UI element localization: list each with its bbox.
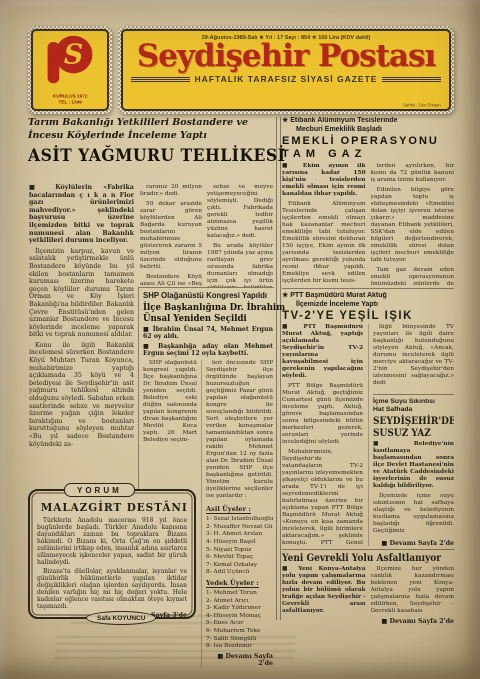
masthead: 29-Ağustos-1989-Salı ★ Yıl : 17 Sayı : 8… <box>118 26 454 114</box>
list-item: 7- Kemal Özkalay <box>206 562 273 570</box>
shp-headline-line1: İlçe Başkanlığına Dr. İbrahim <box>143 302 260 313</box>
asit-lead: ■ Köylülerin «Fabrika bacalarından ç ı k… <box>29 184 134 245</box>
list-item: 2- Muzaffer Nevzat Güneş <box>206 524 273 532</box>
rule-line <box>131 77 190 82</box>
list-item: 4- Hüseyin Momaç <box>206 613 273 621</box>
section-rule <box>282 288 454 289</box>
yorum-paragraph: Bizans'ta düellolar, ayaklanmalar, isyan… <box>37 568 187 610</box>
asit-headline: ASİT YAĞMURU TEHLİKESİ <box>28 146 254 166</box>
susuz-article: İçme Suyu Sıkıntısı Hat Safhada SEYDİŞEH… <box>373 394 454 546</box>
shp-paragraph: SHP olağanüstü kongresi yapıldı. İlçe ba… <box>143 360 197 444</box>
list-item: 3- Kadir Yıldırımer <box>206 605 273 613</box>
yorum-body: Türklerin Anadolu macerası 918 yıl önce … <box>37 517 187 610</box>
tv2-article: ★ PTT Başmüdürü Murat Aktuğ İlçemizde İn… <box>282 292 454 546</box>
asit-article: Tarım Bakanlığı Yetkilileri Bostandere v… <box>28 117 274 166</box>
tv2-column-1: ■ PTT Başmüdürü Murat Aktuğ, yaptığı açı… <box>282 324 363 546</box>
asit-kicker-line2: İncesu Köylerinde İnceleme Yaptı <box>28 130 274 143</box>
newspaper-title: Seydişehir Postası <box>123 41 449 71</box>
tv2-column-2: lüğü bünyesinde TV yayınları ile ilgili … <box>368 324 454 546</box>
tagline: HAFTALIK TARAFSIZ SİYASİ GAZETE <box>195 74 378 84</box>
tv2-kicker-line1: ★ PTT Başmüdürü Murat Aktuğ <box>282 292 387 299</box>
emekli-paragraph: lerden ayrılırken, bir kısmı da 72 günlü… <box>371 163 455 184</box>
shp-kicker: SHP Olağanüstü Kongresi Yapıldı <box>143 291 273 300</box>
shp-bullet: ■ İbrahim Ünsal 74, Mehmet Ergun 62 oy a… <box>143 326 273 341</box>
column-divider-rule <box>276 117 281 620</box>
gevrekli-lead: ■ Yeni Konya-Antalya yolu yapım çalışmal… <box>282 566 366 615</box>
asit-column-2: rarımız 20 milyon liradır.» dedi. 50 dek… <box>140 184 202 287</box>
continued-notice: ■ Devamı Sayfa 2'de <box>373 540 454 546</box>
right-page-region: ★ Etibank Alüminyum Tesislerinde Mecburi… <box>282 117 454 625</box>
founding-info: KURULUŞ 1972 TEL : 1349 <box>53 94 88 106</box>
asit-paragraph: sebze ve meyve yetişemeyeceğini söylemiş… <box>207 184 273 240</box>
shp-headline-line2: Ünsal Yeniden Seçildi <box>143 313 260 324</box>
emekli-column-1: ■ Ekim ayının ilk yarısına kadar 150 kiş… <box>282 163 366 285</box>
continued-notice: ■ Devamı Sayfa 2'de <box>371 618 455 625</box>
owner-credit: Sahibi : Zeki Erkaan <box>403 104 441 108</box>
susuz-headline-line1: SEYDİŞEHİR'DE <box>373 416 446 428</box>
emekli-paragraph: Tam gaz devam eden emekli operasyonunun … <box>371 267 455 285</box>
asit-column-3: sebze ve meyve yetişemeyeceğini söylemiş… <box>207 184 273 287</box>
continued-notice: ■ Devamı Sayfa 2'de <box>206 653 273 667</box>
susuz-kicker-line2: Hat Safhada <box>373 406 454 414</box>
list-item: 1- Sezai İstanbulluoğlu <box>206 516 273 524</box>
asit-paragraph: Bostandere Köyü azası Ali Çil ise «Beş s… <box>140 274 202 287</box>
emekli-kicker-line1: ★ Etibank Alüminyum Tesislerinde <box>282 117 398 124</box>
author-signature-stamp: Safa KOYUNCU <box>86 611 156 625</box>
emekli-headline-line2: TAM GAZ <box>282 148 454 161</box>
list-item: 6- Muharrem Teke <box>206 628 273 636</box>
emekli-kicker: ★ Etibank Alüminyum Tesislerinde Mecburi… <box>282 117 454 134</box>
list-item: 5- Niyazi Topuz <box>206 547 273 555</box>
yorum-paragraph: Türklerin Anadolu macerası 918 yıl önce … <box>37 517 187 566</box>
list-item: 8- İsa Bozdemir <box>206 643 273 651</box>
newspaper-front-page: S KURULUŞ 1972 TEL : 1349 29-Ağustos-198… <box>0 0 480 679</box>
yedek-members-title: Yedek Üyeler : <box>206 580 259 588</box>
shp-paragraph: leri öncesinde SHP Seydişehir ilçe örgüt… <box>206 360 273 500</box>
list-item: 2- Ahmet Arıcı <box>206 598 273 606</box>
yorum-opinion-box: YORUM MALAZGİRT DESTÂNI Türklerin Anadol… <box>28 489 196 619</box>
susuz-kicker: İçme Suyu Sıkıntısı Hat Safhada <box>373 398 454 414</box>
emekli-paragraph: Edinilen bilgiye göre yapılan toplu iş s… <box>371 187 455 264</box>
gevrekli-paragraph: İlçemize her yönden canlılık kazandırmas… <box>371 566 455 615</box>
tv2-headline: TV-2'YE YEŞİL IŞIK <box>282 310 454 322</box>
list-item: 3- H. Ahmet Arslan <box>206 531 273 539</box>
list-item: 7- Salih Sümgülü <box>206 636 273 644</box>
gevrekli-column-1: ■ Yeni Konya-Antalya yolu yapım çalışmal… <box>282 566 366 625</box>
asit-paragraph: rarımız 20 milyon liradır.» dedi. <box>140 184 202 198</box>
tv2-paragraph: PTT Bölge Başmüdürü Murat Aktuğ, geçtiği… <box>282 383 363 446</box>
tv2-lead: ■ PTT Başmüdürü Murat Aktuğ, yaptığı açı… <box>282 324 363 380</box>
yorum-headline: MALAZGİRT DESTÂNI <box>41 501 184 514</box>
emekli-headline: EMEKLİ OPERASYONU TAM GAZ <box>282 135 454 161</box>
list-item: 8- Adil Üçüncü <box>206 569 273 577</box>
emekli-paragraph: Etibank Alüminyum Tesislerinde çalışan i… <box>282 201 366 285</box>
tv2-kicker-line2: İlçemizde İnceleme Yaptı <box>282 301 454 310</box>
emekli-kicker-line2: Mecburi Emeklilik Başladı <box>282 126 454 135</box>
yorum-tab-label: YORUM <box>64 483 135 497</box>
sp-monogram-icon: S <box>43 33 97 89</box>
shp-bullet: ■ Başkanlığa aday olan Mehmet Ergun seçi… <box>143 343 273 358</box>
tv2-paragraph: Muhabirimizin, Seydişehir'de vatandaşlar… <box>282 449 363 546</box>
list-item: 1- Mehmet Torun <box>206 590 273 598</box>
list-item: 6- Mevlüt Topaç <box>206 554 273 562</box>
rule-line <box>382 77 441 82</box>
asit-paragraph: 50 dekar arazide zarar gören köylülerden… <box>140 201 202 271</box>
tv2-paragraph: lüğü bünyesinde TV yayınları ile ilgili … <box>373 324 454 387</box>
masthead-logo-box: S KURULUŞ 1972 TEL : 1349 <box>28 26 112 114</box>
list-item: 5- Enes Acur <box>206 620 273 628</box>
yedek-members-list: 1- Mehmet Torun 2- Ahmet Arıcı 3- Kadir … <box>206 590 273 651</box>
tagline-band: HAFTALIK TARAFSIZ SİYASİ GAZETE <box>131 74 441 84</box>
asil-members-list: 1- Sezai İstanbulluoğlu 2- Muzaffer Nevz… <box>206 516 273 577</box>
left-page-region: Tarım Bakanlığı Yetkilileri Bostandere v… <box>28 117 274 625</box>
susuz-kicker-line1: İçme Suyu Sıkıntısı <box>373 398 454 406</box>
shp-headline: İlçe Başkanlığına Dr. İbrahim Ünsal Yeni… <box>143 302 260 324</box>
gevrekli-column-2: İlçemize her yönden canlılık kazandırmas… <box>371 566 455 625</box>
svg-text:S: S <box>64 39 83 70</box>
asit-paragraph: İlçemizin karpuz, kavun ve salatalık yet… <box>29 248 134 339</box>
susuz-lead: ■ Belediye'nin kısıtlamaya başlamasından… <box>373 441 454 490</box>
list-item: 4- Hüseyin Başol <box>206 539 273 547</box>
gevrekli-article: Yeni Gevrekli Yolu Asfaltlanıyor ■ Yeni … <box>282 553 454 625</box>
asit-column-1: ■ Köylülerin «Fabrika bacalarından ç ı k… <box>29 184 134 484</box>
asit-paragraph: Konu ile ilgili Bakanlık incelemesi süre… <box>29 342 134 448</box>
shp-column-2: leri öncesinde SHP Seydişehir ilçe örgüt… <box>201 360 273 667</box>
tv2-kicker: ★ PTT Başmüdürü Murat Aktuğ İlçemizde İn… <box>282 292 454 309</box>
emekli-lead: ■ Ekim ayının ilk yarısına kadar 150 kiş… <box>282 163 366 198</box>
susuz-headline: SEYDİŞEHİR'DE SUSUZ YAZ <box>373 416 446 439</box>
shp-summary-bullets: ■ İbrahim Ünsal 74, Mehmet Ergun 62 oy a… <box>143 326 273 358</box>
dateline: 29-Ağustos-1989-Salı ★ Yıl : 17 Sayı : 8… <box>136 34 436 40</box>
gevrekli-headline: Yeni Gevrekli Yolu Asfaltlanıyor <box>282 553 437 564</box>
susuz-paragraph: İlçemizde içme suyu sıkıntısının hat saf… <box>373 493 454 535</box>
section-rule <box>282 549 454 550</box>
asil-members-title: Asil Üyeler : <box>206 506 251 514</box>
emekli-article: ★ Etibank Alüminyum Tesislerinde Mecburi… <box>282 117 454 285</box>
asit-kicker: Tarım Bakanlığı Yetkilileri Bostandere v… <box>28 117 274 142</box>
emekli-headline-line1: EMEKLİ OPERASYONU <box>282 135 454 148</box>
asit-paragraph: Bu arada köylüler 1987 yılında yaz ayına… <box>207 243 273 287</box>
asit-kicker-line1: Tarım Bakanlığı Yetkilileri Bostandere v… <box>28 117 274 130</box>
emekli-column-2: lerden ayrılırken, bir kısmı da 72 günlü… <box>371 163 455 285</box>
susuz-headline-line2: SUSUZ YAZ <box>373 428 446 440</box>
